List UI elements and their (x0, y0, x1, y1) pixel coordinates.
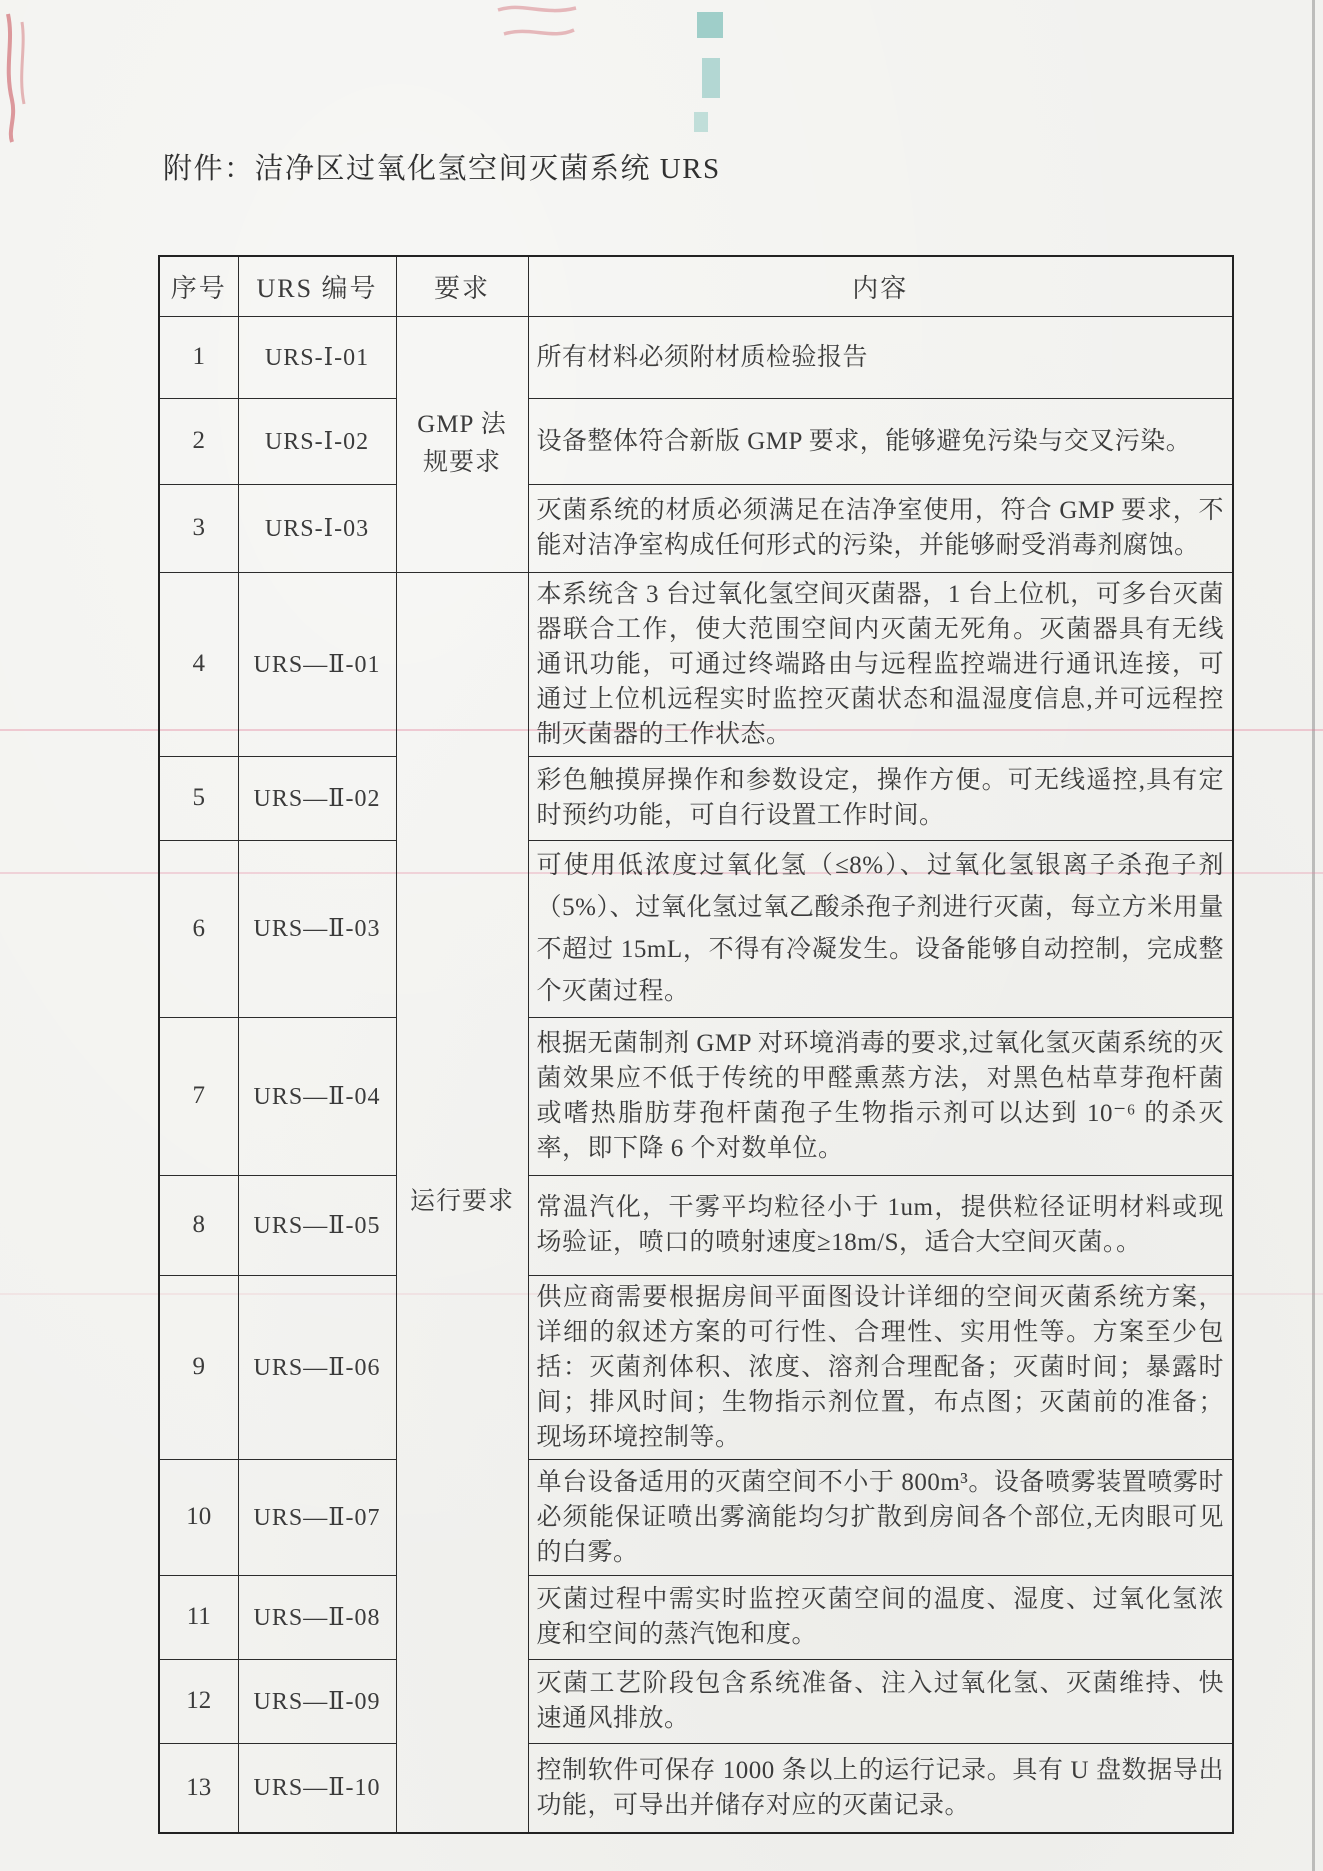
requirement-content: 所有材料必须附材质检验报告 (528, 316, 1233, 398)
red-pen-mark (492, 0, 582, 60)
table-row: 5 URS—Ⅱ-02 彩色触摸屏操作和参数设定，操作方便。可无线遥控,具有定时预… (159, 756, 1233, 840)
row-number: 5 (159, 756, 238, 840)
row-number: 11 (159, 1575, 238, 1659)
table-row: 3 URS-Ⅰ-03 灭菌系统的材质必须满足在洁净室使用，符合 GMP 要求，不… (159, 484, 1233, 572)
row-number: 6 (159, 840, 238, 1017)
table-row: 12 URS—Ⅱ-09 灭菌工艺阶段包含系统准备、注入过氧化氢、灭菌维持、快速通… (159, 1659, 1233, 1743)
table-header-row: 序号 URS 编号 要求 内容 (159, 256, 1233, 316)
header-requirement: 要求 (396, 256, 528, 316)
header-serial-number: 序号 (159, 256, 238, 316)
requirement-group-gmp: GMP 法规要求 (396, 316, 528, 572)
urs-code: URS—Ⅱ-10 (238, 1743, 396, 1833)
header-urs-code: URS 编号 (238, 256, 396, 316)
table-row: 1 URS-Ⅰ-01 GMP 法规要求 所有材料必须附材质检验报告 (159, 316, 1233, 398)
header-content: 内容 (528, 256, 1233, 316)
page-edge-shadow (1312, 0, 1315, 1871)
table-row: 11 URS—Ⅱ-08 灭菌过程中需实时监控灭菌空间的温度、湿度、过氧化氢浓度和… (159, 1575, 1233, 1659)
red-pen-mark (0, 8, 60, 148)
requirement-content: 彩色触摸屏操作和参数设定，操作方便。可无线遥控,具有定时预约功能，可自行设置工作… (528, 756, 1233, 840)
table-row: 13 URS—Ⅱ-10 控制软件可保存 1000 条以上的运行记录。具有 U 盘… (159, 1743, 1233, 1833)
urs-code: URS—Ⅱ-02 (238, 756, 396, 840)
urs-code: URS-Ⅰ-03 (238, 484, 396, 572)
urs-code: URS—Ⅱ-01 (238, 572, 396, 756)
requirement-content: 常温汽化，干雾平均粒径小于 1um，提供粒径证明材料或现场验证，喷口的喷射速度≥… (528, 1175, 1233, 1275)
requirement-content: 可使用低浓度过氧化氢（≤8%）、过氧化氢银离子杀孢子剂（5%）、过氧化氢过氧乙酸… (528, 840, 1233, 1017)
table-row: 7 URS—Ⅱ-04 根据无菌制剂 GMP 对环境消毒的要求,过氧化氢灭菌系统的… (159, 1017, 1233, 1175)
requirement-content: 单台设备适用的灭菌空间不小于 800m³。设备喷雾装置喷雾时必须能保证喷出雾滴能… (528, 1459, 1233, 1575)
table-row: 4 URS—Ⅱ-01 运行要求 本系统含 3 台过氧化氢空间灭菌器，1 台上位机… (159, 572, 1233, 756)
requirement-content: 灭菌工艺阶段包含系统准备、注入过氧化氢、灭菌维持、快速通风排放。 (528, 1659, 1233, 1743)
urs-code: URS-Ⅰ-01 (238, 316, 396, 398)
urs-code: URS-Ⅰ-02 (238, 398, 396, 484)
table-row: 2 URS-Ⅰ-02 设备整体符合新版 GMP 要求，能够避免污染与交叉污染。 (159, 398, 1233, 484)
document-title: 附件：洁净区过氧化氢空间灭菌系统 URS (163, 146, 721, 187)
requirement-content: 本系统含 3 台过氧化氢空间灭菌器，1 台上位机，可多台灭菌器联合工作，使大范围… (528, 572, 1233, 756)
row-number: 3 (159, 484, 238, 572)
requirement-content: 供应商需要根据房间平面图设计详细的空间灭菌系统方案，详细的叙述方案的可行性、合理… (528, 1275, 1233, 1459)
urs-code: URS—Ⅱ-04 (238, 1017, 396, 1175)
scanned-document-page: 附件：洁净区过氧化氢空间灭菌系统 URS 序号 URS 编号 要求 内容 1 U… (0, 0, 1323, 1871)
row-number: 7 (159, 1017, 238, 1175)
row-number: 10 (159, 1459, 238, 1575)
urs-code: URS—Ⅱ-09 (238, 1659, 396, 1743)
teal-stamp-fragment (702, 58, 720, 98)
row-number: 12 (159, 1659, 238, 1743)
requirement-content: 控制软件可保存 1000 条以上的运行记录。具有 U 盘数据导出功能，可导出并储… (528, 1743, 1233, 1833)
row-number: 13 (159, 1743, 238, 1833)
urs-code: URS—Ⅱ-06 (238, 1275, 396, 1459)
urs-code: URS—Ⅱ-07 (238, 1459, 396, 1575)
urs-code: URS—Ⅱ-03 (238, 840, 396, 1017)
urs-requirements-table: 序号 URS 编号 要求 内容 1 URS-Ⅰ-01 GMP 法规要求 所有材料… (158, 255, 1234, 1834)
requirement-content: 根据无菌制剂 GMP 对环境消毒的要求,过氧化氢灭菌系统的灭菌效果应不低于传统的… (528, 1017, 1233, 1175)
requirement-content: 灭菌系统的材质必须满足在洁净室使用，符合 GMP 要求，不能对洁净室构成任何形式… (528, 484, 1233, 572)
requirement-content: 灭菌过程中需实时监控灭菌空间的温度、湿度、过氧化氢浓度和空间的蒸汽饱和度。 (528, 1575, 1233, 1659)
row-number: 1 (159, 316, 238, 398)
row-number: 8 (159, 1175, 238, 1275)
teal-stamp-fragment (697, 12, 723, 38)
table-row: 6 URS—Ⅱ-03 可使用低浓度过氧化氢（≤8%）、过氧化氢银离子杀孢子剂（5… (159, 840, 1233, 1017)
row-number: 4 (159, 572, 238, 756)
teal-stamp-fragment (694, 112, 708, 132)
row-number: 2 (159, 398, 238, 484)
urs-code: URS—Ⅱ-05 (238, 1175, 396, 1275)
table-row: 8 URS—Ⅱ-05 常温汽化，干雾平均粒径小于 1um，提供粒径证明材料或现场… (159, 1175, 1233, 1275)
table-row: 9 URS—Ⅱ-06 供应商需要根据房间平面图设计详细的空间灭菌系统方案，详细的… (159, 1275, 1233, 1459)
table-row: 10 URS—Ⅱ-07 单台设备适用的灭菌空间不小于 800m³。设备喷雾装置喷… (159, 1459, 1233, 1575)
requirement-content: 设备整体符合新版 GMP 要求，能够避免污染与交叉污染。 (528, 398, 1233, 484)
requirement-group-operation: 运行要求 (396, 572, 528, 1833)
row-number: 9 (159, 1275, 238, 1459)
urs-code: URS—Ⅱ-08 (238, 1575, 396, 1659)
